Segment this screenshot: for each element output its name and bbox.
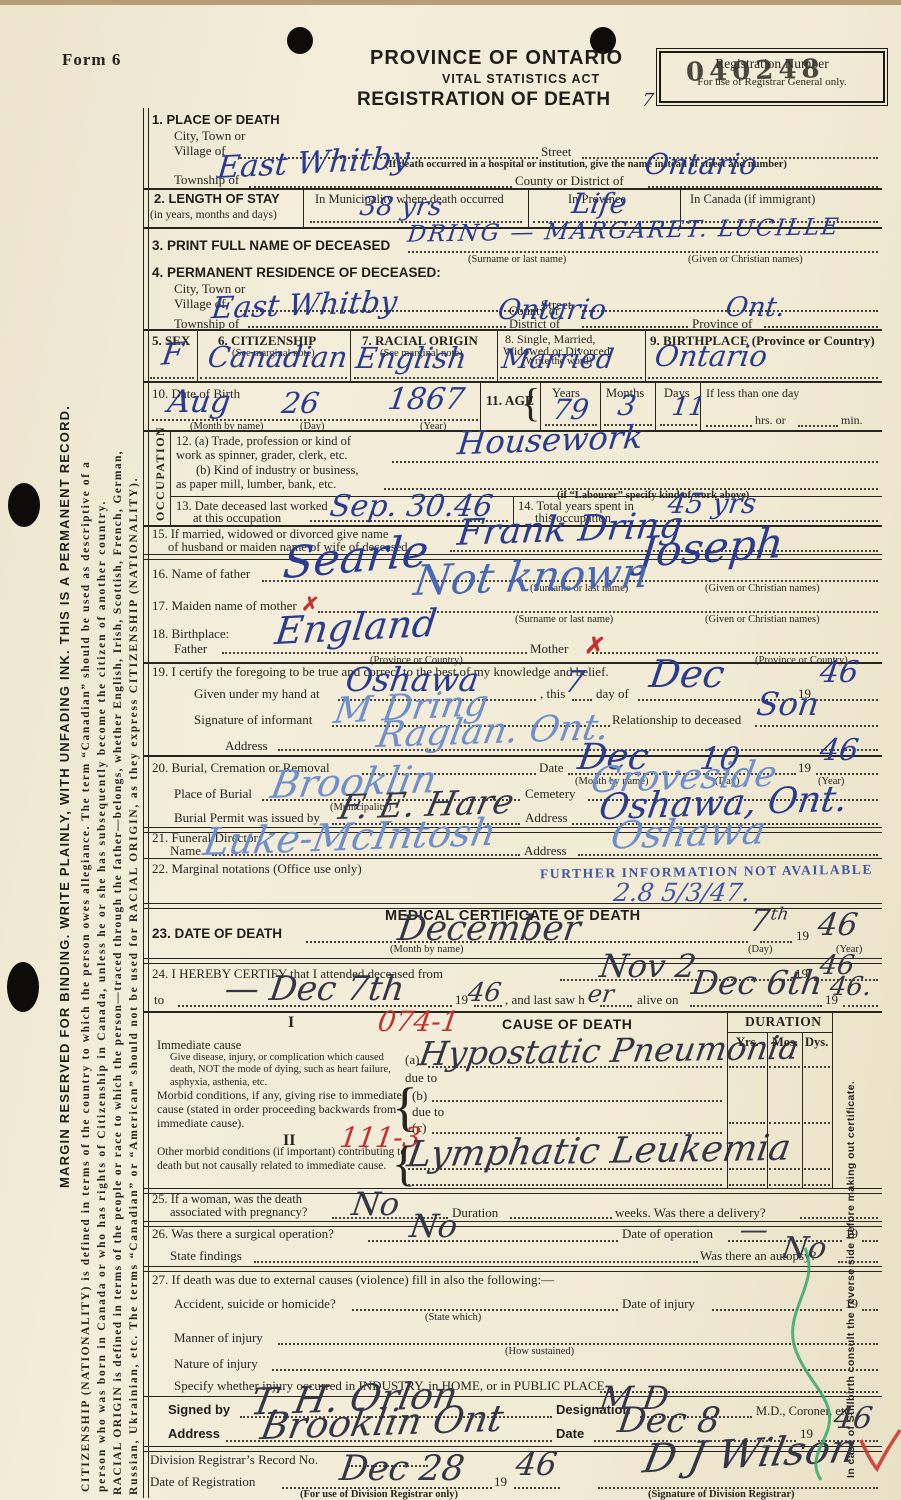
s21-funeral-director-name: Luke-McIntosh xyxy=(201,813,500,861)
s1-county-value: Ontario xyxy=(643,150,759,179)
dotted-line xyxy=(254,1261,698,1263)
header-province: PROVINCE OF ONTARIO xyxy=(370,47,623,70)
physician-address-header: Address xyxy=(168,1426,220,1441)
rule xyxy=(170,430,171,525)
foot-sub-date: (For use of Division Registrar only) xyxy=(300,1489,458,1500)
s24-to-header: to xyxy=(154,992,164,1008)
s24-last-value: Dec 6th xyxy=(690,966,825,999)
s24-to-value: — Dec 7th xyxy=(223,972,407,1006)
dotted-line xyxy=(500,377,642,379)
duration-header: DURATION xyxy=(745,1014,822,1030)
dotted-line xyxy=(200,377,347,379)
s24-her-value: er xyxy=(586,982,615,1006)
dotted-line xyxy=(648,377,878,379)
s10-year-value: 1867 xyxy=(386,385,467,415)
s23-sub-day: (Day) xyxy=(748,944,773,955)
cause-code1-value: 074-1 xyxy=(376,1008,461,1036)
margin-citizenship-note: person who was born in Canada or who has… xyxy=(96,500,108,1492)
s19-this: , this xyxy=(540,686,565,702)
dotted-line xyxy=(150,377,194,379)
cause-other-value: Lymphatic Leukemia xyxy=(405,1131,793,1174)
s16-father-surname-value: Searle xyxy=(281,530,430,586)
s27-sub-state: (State which) xyxy=(425,1312,481,1323)
dotted-line xyxy=(408,1168,722,1170)
s19-sig-header: Signature of informant xyxy=(194,712,312,728)
s27-nature: Nature of injury xyxy=(174,1356,258,1372)
s4-county-value: Ontario xyxy=(496,296,608,324)
rule xyxy=(303,188,304,227)
rule xyxy=(655,381,656,430)
rule xyxy=(143,858,882,859)
cause-other-note: Other morbid conditions (if important) c… xyxy=(157,1146,409,1173)
punch-hole xyxy=(287,27,313,54)
s3-sub-surname: (Surname or last name) xyxy=(468,254,566,265)
dotted-line xyxy=(804,1184,830,1186)
s12-a-line1: 12. (a) Trade, profession or kind of xyxy=(176,434,351,449)
s2-sub: (in years, months and days) xyxy=(150,209,277,221)
s3-sub-given: (Given or Christian names) xyxy=(688,254,803,265)
s21-name-header: Name xyxy=(170,843,201,859)
s13-line2: at this occupation xyxy=(193,511,281,526)
occupation-label: OCCUPATION xyxy=(153,426,168,521)
duration-yrs-header: Yrs. xyxy=(736,1035,759,1050)
dotted-line xyxy=(690,1005,822,1007)
dotted-line xyxy=(408,1184,722,1186)
s12-b-line2: as paper mill, lumber, bank, etc. xyxy=(176,477,336,492)
registration-date-header: Date of Registration xyxy=(150,1474,255,1490)
s2-province-value: Life xyxy=(570,190,628,218)
cause-b-label: (b) xyxy=(412,1088,427,1104)
green-pen-mark xyxy=(765,1240,901,1498)
s23-day-value: 7th xyxy=(748,906,790,937)
s2-title: 2. LENGTH OF STAY xyxy=(154,191,280,206)
dotted-line xyxy=(804,1168,830,1170)
dotted-line xyxy=(804,1066,830,1068)
rule xyxy=(802,1032,803,1188)
s3-name-value: DRING — MARGARET. LUCILLE xyxy=(406,216,841,247)
dotted-line xyxy=(248,326,506,328)
dotted-line xyxy=(729,1184,765,1186)
rule xyxy=(143,1011,882,1013)
s18-father-label: Father xyxy=(174,641,207,657)
s22-note-value: 2.8 5/3/47. xyxy=(612,880,752,905)
s1-township-value: East Whitby xyxy=(216,143,411,184)
dotted-line xyxy=(755,725,878,727)
rule xyxy=(143,188,882,190)
s27-manner: Manner of injury xyxy=(174,1330,263,1346)
dotted-line xyxy=(432,1100,722,1102)
s20-cemetery-header: Cemetery xyxy=(525,786,576,802)
s26-value: No xyxy=(408,1210,460,1242)
cause-immediate-note: Give disease, injury, or complication wh… xyxy=(170,1052,392,1089)
margin-racial-origin-note: Russian, Ukrainian, etc. The terms “Cana… xyxy=(128,477,140,1495)
dotted-line xyxy=(816,699,878,701)
s19-year-value: 46 xyxy=(818,658,860,688)
s10-month-value: Aug xyxy=(166,387,233,418)
red-check-path xyxy=(861,1430,900,1469)
s1-street: Street xyxy=(541,144,571,160)
punch-hole xyxy=(8,483,40,527)
cause-immediate-label: Immediate cause xyxy=(157,1038,241,1053)
s17-title: 17. Maiden name of mother xyxy=(152,598,297,614)
s8-marital-value: Married xyxy=(500,346,615,373)
s23-year-value: 46 xyxy=(816,910,860,941)
dotted-line xyxy=(760,941,792,943)
s23-day-suffix: th xyxy=(769,905,790,925)
dotted-line xyxy=(592,652,878,654)
s18-mother-label: Mother xyxy=(530,641,568,657)
s24-from-value: Nov 2 xyxy=(598,950,698,982)
s17-mother-maiden-value: Not known xyxy=(411,552,651,602)
s4-province-value: Ont. xyxy=(724,294,787,321)
rule xyxy=(645,329,646,381)
s21-funeral-director-address: Oshawa xyxy=(608,811,769,854)
rule xyxy=(170,496,882,497)
s1-city-town: City, Town or xyxy=(174,128,245,144)
s4-title: 4. PERMANENT RESIDENCE OF DECEASED: xyxy=(152,265,441,280)
dotted-line xyxy=(798,425,838,427)
s2-muni-value: 38 yrs xyxy=(358,194,443,220)
s27-line1: 27. If death was due to external causes … xyxy=(152,1272,554,1288)
s16-title: 16. Name of father xyxy=(152,566,250,582)
registration-date-value: Dec 28 xyxy=(338,1452,467,1487)
s27-accident: Accident, suicide or homicide? xyxy=(174,1296,336,1312)
dotted-line xyxy=(408,251,878,253)
paper-top-edge xyxy=(0,0,901,5)
s18-title: 18. Birthplace: xyxy=(152,626,229,642)
s16-father-given-value: Joseph xyxy=(637,522,785,574)
date-header: Date xyxy=(556,1426,584,1441)
s19-day-of: day of xyxy=(596,686,629,702)
s23-month-value: December xyxy=(396,912,583,947)
margin-citizenship-note: CITIZENSHIP (NATIONALITY) is defined in … xyxy=(80,460,92,1492)
s12-a-line2: work as spinner, grader, clerk, etc. xyxy=(176,448,348,463)
s19-informant-address: Raglan. Ont. xyxy=(374,710,612,754)
s19-rel-header: Relationship to deceased xyxy=(612,712,741,728)
s10-sub-year: (Year) xyxy=(420,421,446,432)
s26-findings: State findings xyxy=(170,1248,242,1264)
form-border xyxy=(148,108,149,1498)
green-pen-path xyxy=(793,1248,830,1480)
s18-red-x-mark: ✗ xyxy=(583,631,607,663)
foot-y19: 19 xyxy=(494,1474,507,1490)
dotted-line xyxy=(729,1122,765,1124)
s20-place-header: Place of Burial xyxy=(174,786,252,802)
s11-days-value: 11 xyxy=(670,394,707,420)
s22-title: 22. Marginal notations (Office use only) xyxy=(152,861,362,877)
dotted-line xyxy=(222,652,527,654)
rule xyxy=(727,1011,728,1188)
s23-title: 23. DATE OF DEATH xyxy=(152,926,282,941)
s23-y19: 19 xyxy=(796,928,809,944)
signed-by-header: Signed by xyxy=(168,1402,230,1417)
s18-father-birthplace-value: England xyxy=(273,604,439,650)
rule xyxy=(497,329,498,381)
dotted-line xyxy=(582,326,688,328)
s25-line2: associated with pregnancy? xyxy=(170,1205,307,1220)
s7-racial-origin-value: English xyxy=(354,344,469,373)
duration-mos-header: Mos. xyxy=(772,1035,798,1050)
punch-hole xyxy=(7,962,39,1012)
header-act: VITAL STATISTICS ACT xyxy=(442,72,600,86)
s17-sub-surname: (Surname or last name) xyxy=(515,614,613,625)
s17-sub-given: (Given or Christian names) xyxy=(705,614,820,625)
s2-canada-header: In Canada (if immigrant) xyxy=(690,192,815,207)
dotted-line xyxy=(764,326,878,328)
dotted-line xyxy=(368,1240,618,1242)
s10-sub-day: (Day) xyxy=(300,421,325,432)
s12-occupation-value: Housework xyxy=(456,421,645,459)
s19-month-value: Dec xyxy=(647,655,727,693)
dotted-line xyxy=(514,1487,560,1489)
rule xyxy=(197,329,198,381)
s25-value: No xyxy=(350,1188,402,1220)
death-registration-form: MARGIN RESERVED FOR BINDING. WRITE PLAIN… xyxy=(0,0,901,1500)
rule xyxy=(832,1011,833,1188)
s4-township-value: East Whitby xyxy=(210,288,399,324)
dotted-line xyxy=(510,1217,612,1219)
dotted-line xyxy=(352,1309,618,1311)
s12-b-line1: (b) Kind of industry or business, xyxy=(196,463,359,478)
s3-title: 3. PRINT FULL NAME OF DECEASED xyxy=(152,238,390,253)
s19-given-at: Given under my hand at xyxy=(194,686,320,702)
rule xyxy=(143,381,882,383)
s9-birthplace-value: Ontario xyxy=(653,342,769,371)
s20-date-header: Date xyxy=(539,760,564,776)
cause-due2: due to xyxy=(412,1104,444,1120)
s6-citizenship-value: Canadian xyxy=(206,343,349,372)
dotted-line xyxy=(800,1217,878,1219)
s10-day-value: 26 xyxy=(280,389,321,418)
s27-sub-how: (How sustained) xyxy=(505,1346,574,1357)
s20-y19: 19 xyxy=(798,760,811,776)
dotted-line xyxy=(769,1184,800,1186)
rule xyxy=(767,1032,768,1188)
dotted-line xyxy=(816,773,878,775)
dotted-line xyxy=(769,1066,800,1068)
form-number: Form 6 xyxy=(62,50,121,70)
s24-year-c-value: 46. xyxy=(828,974,873,1000)
duration-dys-header: Dys. xyxy=(805,1035,828,1050)
s1-title: 1. PLACE OF DEATH xyxy=(152,112,280,127)
dotted-line xyxy=(843,1005,878,1007)
rule xyxy=(350,329,351,381)
s11-min: min. xyxy=(841,413,863,428)
cause-roman1: I xyxy=(288,1014,294,1032)
registration-year-value: 46 xyxy=(514,1448,559,1480)
s11-hrs: hrs. or xyxy=(755,413,786,428)
s26-date-header: Date of operation xyxy=(622,1226,713,1242)
s19-addr-header: Address xyxy=(225,738,268,754)
s23-day: 7 xyxy=(748,903,773,939)
dotted-line xyxy=(729,1066,765,1068)
s21-addr-header: Address xyxy=(524,843,567,859)
dotted-line xyxy=(769,1122,800,1124)
s19-day-value: 7 xyxy=(563,668,586,698)
dotted-line xyxy=(660,424,697,426)
physician-address-value: Brooklin Ont xyxy=(258,1400,506,1445)
margin-racial-origin-note: RACIAL ORIGIN is defined in terms of the… xyxy=(112,450,124,1495)
s10-sub-month: (Month by name) xyxy=(190,421,264,432)
s11-brace: { xyxy=(521,383,540,423)
registration-number-stamp: 040248 xyxy=(686,54,825,88)
rule xyxy=(143,329,882,331)
dotted-line xyxy=(729,1168,765,1170)
s19-relationship-value: Son xyxy=(755,688,821,720)
s24-mid: , and last saw h xyxy=(505,992,585,1008)
form-border xyxy=(143,108,144,1498)
s20-year-value: 46 xyxy=(818,736,860,766)
s24-alive: alive on xyxy=(637,992,679,1008)
dotted-line xyxy=(804,1122,830,1124)
s5-sex-value: F xyxy=(160,339,185,370)
s27-date-injury: Date of injury xyxy=(622,1296,695,1312)
registrar-record-no: Division Registrar’s Record No. xyxy=(150,1452,318,1468)
rule xyxy=(727,1032,832,1033)
s26-line1: 26. Was there a surgical operation? xyxy=(152,1226,334,1242)
dotted-line xyxy=(769,1168,800,1170)
header-pen-mark: 7 xyxy=(641,92,655,110)
cause-title: CAUSE OF DEATH xyxy=(502,1016,632,1032)
s11-less-header: If less than one day xyxy=(706,386,799,401)
header-title: REGISTRATION OF DEATH xyxy=(357,89,611,111)
dotted-line xyxy=(354,377,494,379)
margin-binding-note: MARGIN RESERVED FOR BINDING. WRITE PLAIN… xyxy=(57,405,72,1188)
s24-year-b-value: 46 xyxy=(466,980,503,1006)
s20-addr-header: Address xyxy=(525,810,568,826)
s11-months-value: 3 xyxy=(616,392,638,420)
s16-sub-given: (Given or Christian names) xyxy=(705,583,820,594)
dotted-line xyxy=(706,425,752,427)
